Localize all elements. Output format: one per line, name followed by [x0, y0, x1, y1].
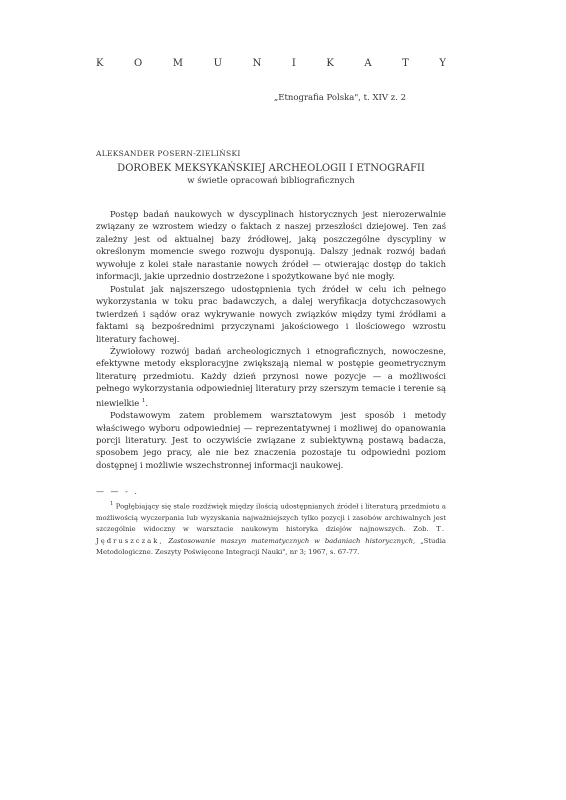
paragraph: Żywiołowy rozwój badań archeologicznych … [96, 345, 446, 409]
section-header-letter: K [96, 58, 103, 69]
section-header-letter: K [326, 58, 333, 69]
footnote-cited-title: Zastosowanie maszyn matematycznych w bad… [168, 537, 415, 545]
journal-reference: „Etnografia Polska", t. XIV z. 2 [274, 93, 406, 103]
section-header: K O M U N I K A T Y [96, 58, 446, 69]
section-header-letter: U [214, 58, 222, 69]
section-header-letter: O [134, 58, 142, 69]
footnote-number: 1 [110, 501, 114, 507]
footnote-reference[interactable]: 1 [142, 398, 146, 404]
paragraph: Postęp badań naukowych w dyscyplinach hi… [96, 208, 446, 283]
article-title: DOROBEK MEKSYKAŃSKIEJ ARCHEOLOGII I ETNO… [96, 163, 446, 174]
article-body: Postęp badań naukowych w dyscyplinach hi… [96, 208, 446, 471]
section-header-letter: Y [439, 58, 446, 69]
footnote-text: Pogłębiający się stale rozdźwięk między … [96, 502, 446, 533]
paragraph: Podstawowym zatem problemem warsztatowym… [96, 409, 446, 471]
article-subtitle: w świetle opracowań bibliograficznych [96, 176, 446, 186]
paragraph: Postulat jak najszerszego udostępnienia … [96, 283, 446, 345]
section-header-letter: A [364, 58, 371, 69]
section-header-letter: M [173, 58, 183, 69]
article-author: ALEKSANDER POSERN-ZIELIŃSKI [96, 149, 241, 158]
section-header-letter: N [253, 58, 262, 69]
footnote: 1 Pogłębiający się stale rozdźwięk międz… [96, 499, 446, 559]
footnote-separator: — — - . [96, 487, 139, 496]
section-header-letter: T [402, 58, 409, 69]
section-header-letter: I [292, 58, 296, 69]
